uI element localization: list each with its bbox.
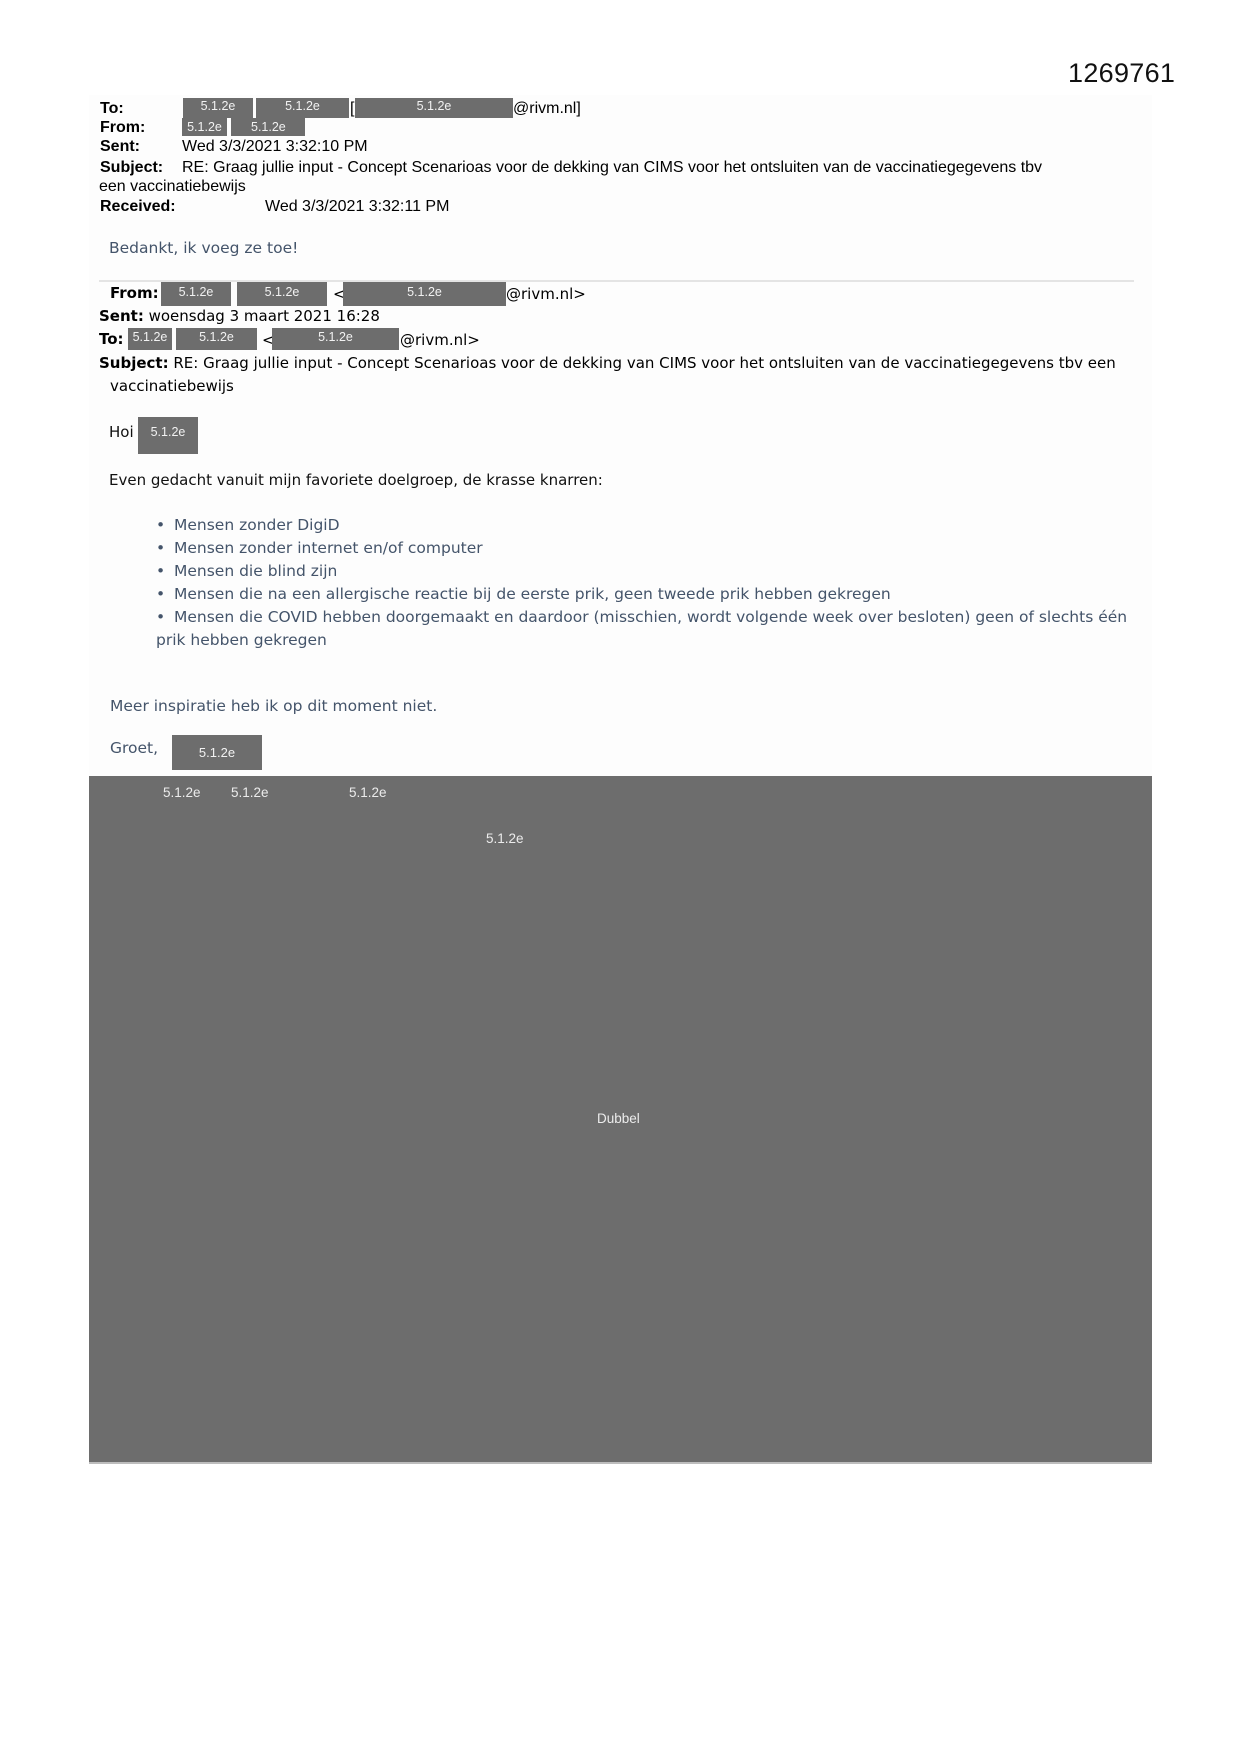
redaction-label: 5.1.2e bbox=[231, 785, 269, 800]
list-item: •Mensen die blind zijn bbox=[156, 560, 1136, 583]
outer-received-label: Received: bbox=[100, 198, 176, 216]
redaction: 5.1.2e bbox=[256, 98, 349, 118]
redaction: 5.1.2e bbox=[231, 118, 305, 136]
bullet-list: •Mensen zonder DigiD •Mensen zonder inte… bbox=[156, 514, 1136, 652]
redaction: 5.1.2e bbox=[138, 417, 198, 454]
outer-received-value: Wed 3/3/2021 3:32:11 PM bbox=[265, 198, 449, 216]
quoted-subject: Subject: RE: Graag jullie input - Concep… bbox=[99, 353, 1116, 373]
quoted-subject-cont: vaccinatiebewijs bbox=[110, 376, 234, 396]
greeting: Hoi bbox=[109, 423, 134, 441]
redaction-label: 5.1.2e bbox=[163, 785, 201, 800]
redaction: 5.1.2e bbox=[176, 328, 257, 350]
redaction: 5.1.2e bbox=[161, 282, 231, 306]
redaction: 5.1.2e bbox=[183, 98, 253, 118]
email-sheet bbox=[89, 95, 1152, 776]
redaction: 5.1.2e bbox=[343, 282, 506, 306]
outer-subject-value-cont: een vaccinatiebewijs bbox=[99, 178, 246, 196]
intro-text: Even gedacht vanuit mijn favoriete doelg… bbox=[109, 471, 603, 489]
list-item: •Mensen die na een allergische reactie b… bbox=[156, 583, 1136, 606]
outer-to-bracket: [ bbox=[350, 100, 354, 118]
outer-to-domain: @rivm.nl] bbox=[513, 100, 581, 118]
list-item: •Mensen zonder internet en/of computer bbox=[156, 537, 1136, 560]
quoted-to-domain: @rivm.nl> bbox=[400, 330, 480, 350]
redaction: 5.1.2e bbox=[172, 735, 262, 770]
list-item: •Mensen zonder DigiD bbox=[156, 514, 1136, 537]
redaction: 5.1.2e bbox=[128, 328, 172, 350]
outer-subject-value: RE: Graag jullie input - Concept Scenari… bbox=[182, 159, 1042, 177]
redacted-duplicate-block: 5.1.2e 5.1.2e 5.1.2e 5.1.2e Dubbel bbox=[89, 776, 1152, 1464]
quoted-sent: Sent: woensdag 3 maart 2021 16:28 bbox=[99, 306, 380, 326]
quoted-from-domain: @rivm.nl> bbox=[506, 284, 586, 304]
redaction: 5.1.2e bbox=[355, 98, 513, 118]
closing-text: Meer inspiratie heb ik op dit moment nie… bbox=[110, 697, 437, 715]
redaction: 5.1.2e bbox=[272, 328, 399, 350]
outer-subject-label: Subject: bbox=[100, 159, 163, 177]
redaction-label: 5.1.2e bbox=[349, 785, 387, 800]
document-number: 1269761 bbox=[1068, 58, 1175, 89]
signoff: Groet, bbox=[110, 739, 158, 757]
outer-body: Bedankt, ik voeg ze toe! bbox=[109, 239, 298, 257]
redaction: 5.1.2e bbox=[182, 118, 227, 136]
quoted-from-label: From: bbox=[110, 283, 159, 303]
outer-sent-label: Sent: bbox=[100, 138, 140, 156]
redaction: 5.1.2e bbox=[237, 282, 327, 306]
redaction-label: 5.1.2e bbox=[486, 831, 524, 846]
quoted-to-label: To: bbox=[99, 329, 124, 349]
duplicate-label: Dubbel bbox=[597, 1111, 640, 1126]
outer-sent-value: Wed 3/3/2021 3:32:10 PM bbox=[182, 138, 368, 156]
list-item: •Mensen die COVID hebben doorgemaakt en … bbox=[156, 606, 1136, 652]
outer-to-label: To: bbox=[100, 100, 124, 118]
outer-from-label: From: bbox=[100, 119, 145, 137]
